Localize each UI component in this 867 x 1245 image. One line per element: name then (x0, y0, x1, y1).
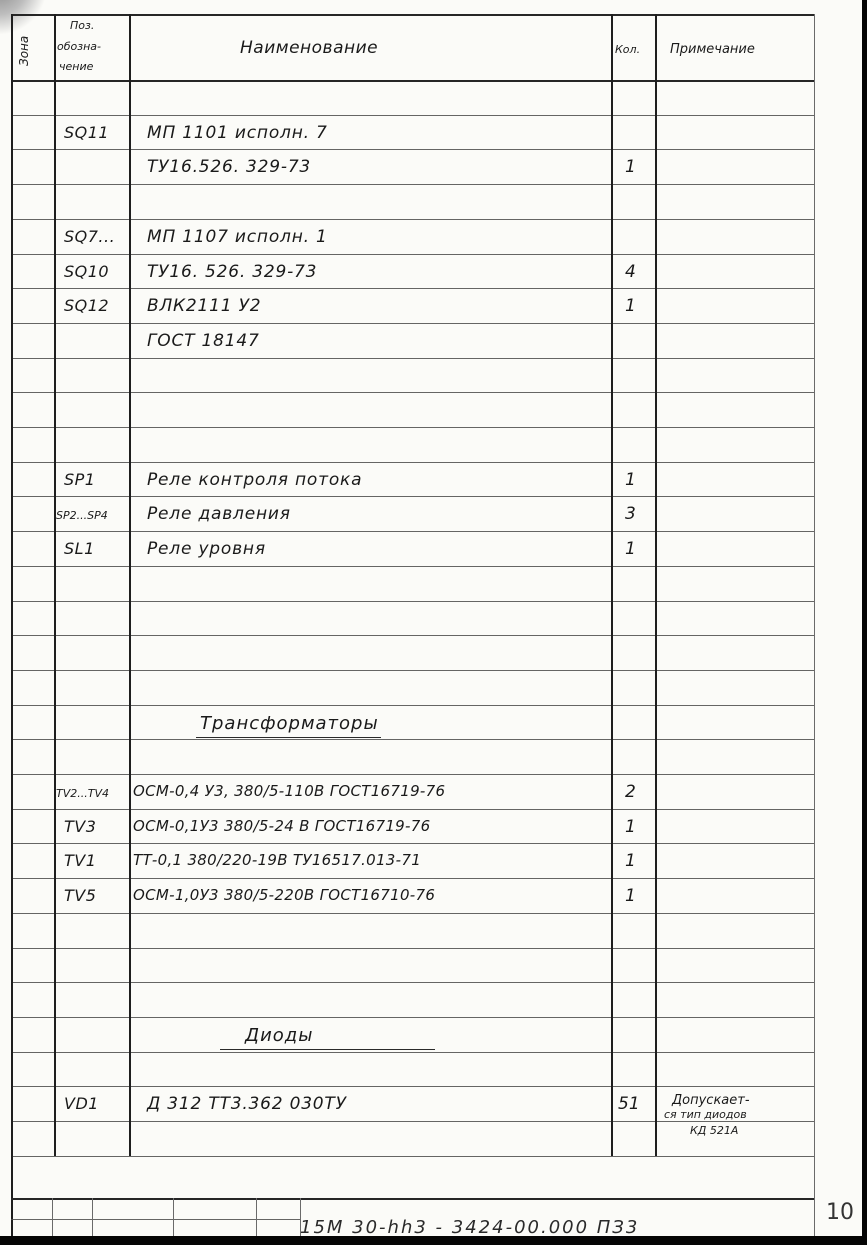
item-name: МП 1107 исполн. 1 (147, 227, 328, 247)
position-designation: SP2...SP4 (56, 509, 108, 522)
grid-hline (11, 427, 814, 428)
grid-hline (11, 80, 814, 82)
item-quantity: 1 (625, 539, 636, 559)
header-name: Наименование (240, 38, 378, 58)
grid-vline (814, 14, 815, 1236)
grid-hline (11, 878, 814, 879)
grid-hline (11, 635, 814, 636)
position-designation: VD1 (64, 1094, 99, 1113)
grid-hline (11, 323, 814, 324)
grid-hline (11, 1198, 814, 1200)
item-quantity: 3 (625, 504, 636, 524)
grid-hline (11, 913, 814, 914)
grid-hline (11, 496, 814, 497)
grid-hline (11, 705, 814, 706)
grid-hline (11, 219, 814, 220)
position-designation: SQ10 (64, 262, 109, 281)
item-name: Реле контроля потока (147, 470, 362, 490)
grid-hline (11, 1086, 814, 1087)
specification-sheet: Зона Поз. обозна- чение Наименование Кол… (0, 0, 867, 1245)
position-designation: SQ12 (64, 296, 109, 315)
item-name: ТУ16. 526. 329-73 (147, 262, 317, 282)
grid-hline (11, 1156, 814, 1157)
grid-hline (11, 670, 814, 671)
header-quantity: Кол. (615, 43, 640, 56)
item-quantity: 1 (625, 851, 636, 871)
grid-vline (611, 14, 613, 1156)
grid-hline (11, 1017, 814, 1018)
grid-vline (54, 14, 56, 1156)
grid-hline (11, 948, 814, 949)
item-quantity: 4 (625, 262, 636, 282)
item-name: ОСМ-0,1У3 380/5-24 В ГОСТ16719-76 (133, 817, 430, 835)
item-quantity: 1 (625, 886, 636, 906)
grid-vline (92, 1198, 93, 1236)
header-note: Примечание (670, 43, 755, 56)
grid-hline (11, 739, 814, 740)
diode-note-line1: Допускает- (672, 1095, 750, 1107)
grid-hline (11, 184, 814, 185)
item-name: ВЛК2111 У2 (147, 296, 261, 316)
grid-vline (173, 1198, 174, 1236)
grid-hline (11, 1052, 814, 1053)
grid-vline (256, 1198, 257, 1236)
item-name: ГОСТ 18147 (147, 331, 260, 351)
section-underline (220, 1049, 435, 1050)
item-name: Реле уровня (147, 539, 266, 559)
item-name: ОСМ-1,0У3 380/5-220В ГОСТ16710-76 (133, 886, 435, 904)
item-quantity: 1 (625, 470, 636, 490)
section-title: Диоды (245, 1025, 313, 1046)
grid-hline (11, 843, 814, 844)
grid-vline (655, 14, 657, 1156)
position-designation: TV5 (64, 886, 96, 905)
header-position-line2: обозна- (57, 40, 101, 53)
grid-hline (11, 531, 814, 532)
grid-hline (11, 982, 814, 983)
position-designation: SQ7... (64, 227, 115, 246)
item-quantity: 2 (625, 782, 636, 802)
section-title: Трансформаторы (200, 713, 379, 734)
item-quantity: 1 (625, 157, 636, 177)
item-name: ТУ16.526. 329-73 (147, 157, 311, 177)
grid-hline (11, 115, 814, 116)
grid-hline (11, 566, 814, 567)
grid-hline (11, 601, 814, 602)
item-name: ТТ-0,1 380/220-19В ТУ16517.013-71 (133, 851, 421, 869)
grid-hline (11, 392, 814, 393)
item-name: Реле давления (147, 504, 291, 524)
grid-hline (11, 774, 814, 775)
diode-note-line3: КД 521А (690, 1125, 738, 1137)
position-designation: SQ11 (64, 123, 109, 142)
header-position-line1: Поз. (70, 19, 94, 32)
header-position-line3: чение (59, 60, 93, 73)
position-designation: SP1 (64, 470, 95, 489)
item-name: МП 1101 исполн. 7 (147, 123, 328, 143)
position-designation: TV3 (64, 817, 96, 836)
diode-note-line2: ся тип диодов (664, 1109, 747, 1121)
header-zone: Зона (18, 36, 31, 66)
grid-hline (11, 254, 814, 255)
item-quantity: 1 (625, 817, 636, 837)
grid-hline (11, 288, 814, 289)
position-designation: SL1 (64, 539, 95, 558)
scan-border-right (862, 0, 867, 1245)
grid-hline (11, 14, 814, 16)
document-code: 15М 30-hh3 - 3424-00.000 ПЗ3 (300, 1217, 639, 1238)
sheet-number: 10 (826, 1200, 854, 1225)
position-designation: TV2...TV4 (56, 787, 109, 800)
grid-vline (52, 1198, 53, 1236)
grid-hline (11, 358, 814, 359)
grid-vline (11, 14, 13, 1236)
grid-hline (11, 1121, 814, 1122)
section-underline (196, 737, 381, 738)
grid-hline (11, 149, 814, 150)
item-name: ОСМ-0,4 У3, 380/5-110В ГОСТ16719-76 (133, 782, 445, 800)
item-quantity: 1 (625, 296, 636, 316)
item-quantity: 51 (618, 1094, 640, 1114)
item-name: Д 312 ТТ3.362 030ТУ (147, 1094, 347, 1114)
grid-hline (11, 809, 814, 810)
grid-vline (129, 14, 131, 1156)
grid-hline (11, 462, 814, 463)
scan-border-bottom (0, 1236, 867, 1245)
position-designation: TV1 (64, 851, 96, 870)
